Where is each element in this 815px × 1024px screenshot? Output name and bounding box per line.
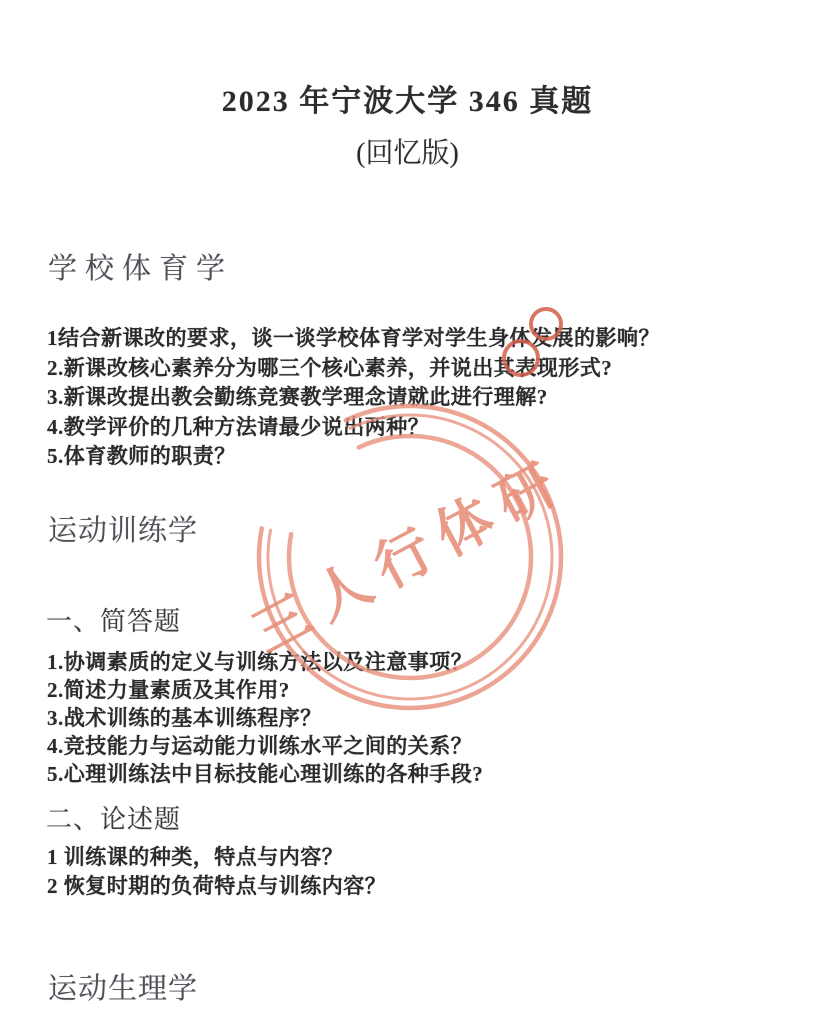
question-list-essay: 1 训练课的种类，特点与内容？ 2 恢复时期的负荷特点与训练内容？ [47,843,785,900]
section-heading-sports-physiology: 运动生理学 [48,966,198,1007]
question-item: 4.教学评价的几种方法请最少说出两种？ [47,413,785,443]
subsection-heading-essay: 二、论述题 [46,799,181,836]
question-item: 3.战术训练的基本训练程序？ [47,704,785,732]
question-item: 1结合新课改的要求，谈一谈学校体育学对学生身体发展的影响？ [47,324,785,354]
section-heading-sports-training: 运动训练学 [48,508,198,549]
watermark-text: 三人行体研 [243,449,577,666]
page-title: 2023 年宁波大学 346 真题 [0,76,815,120]
question-item: 4.竞技能力与运动能力训练水平之间的关系？ [47,732,785,760]
question-item: 5.心理训练法中目标技能心理训练的各种手段? [47,760,785,788]
question-item: 2.简述力量素质及其作用? [47,676,785,704]
question-list-short-answer: 1.协调素质的定义与训练方法以及注意事项？ 2.简述力量素质及其作用? 3.战术… [47,648,785,788]
question-item: 2 恢复时期的负荷特点与训练内容？ [47,872,785,901]
question-item: 2.新课改核心素养分为哪三个核心素养，并说出其表现形式? [47,354,785,384]
exam-document-page: 2023 年宁波大学 346 真题 (回忆版) 学校体育学 1结合新课改的要求，… [0,0,815,1024]
page-subtitle: (回忆版) [0,131,815,171]
question-item: 1 训练课的种类，特点与内容？ [47,843,785,872]
subsection-heading-short-answer: 一、简答题 [46,601,181,638]
question-item: 3.新课改提出教会勤练竞赛教学理念请就此进行理解? [47,383,785,413]
section-heading-school-pe: 学校体育学 [48,246,233,287]
question-list-school-pe: 1结合新课改的要求，谈一谈学校体育学对学生身体发展的影响？ 2.新课改核心素养分… [47,324,785,472]
question-item: 5.体育教师的职责？ [47,442,785,472]
question-item: 1.协调素质的定义与训练方法以及注意事项？ [47,648,785,676]
